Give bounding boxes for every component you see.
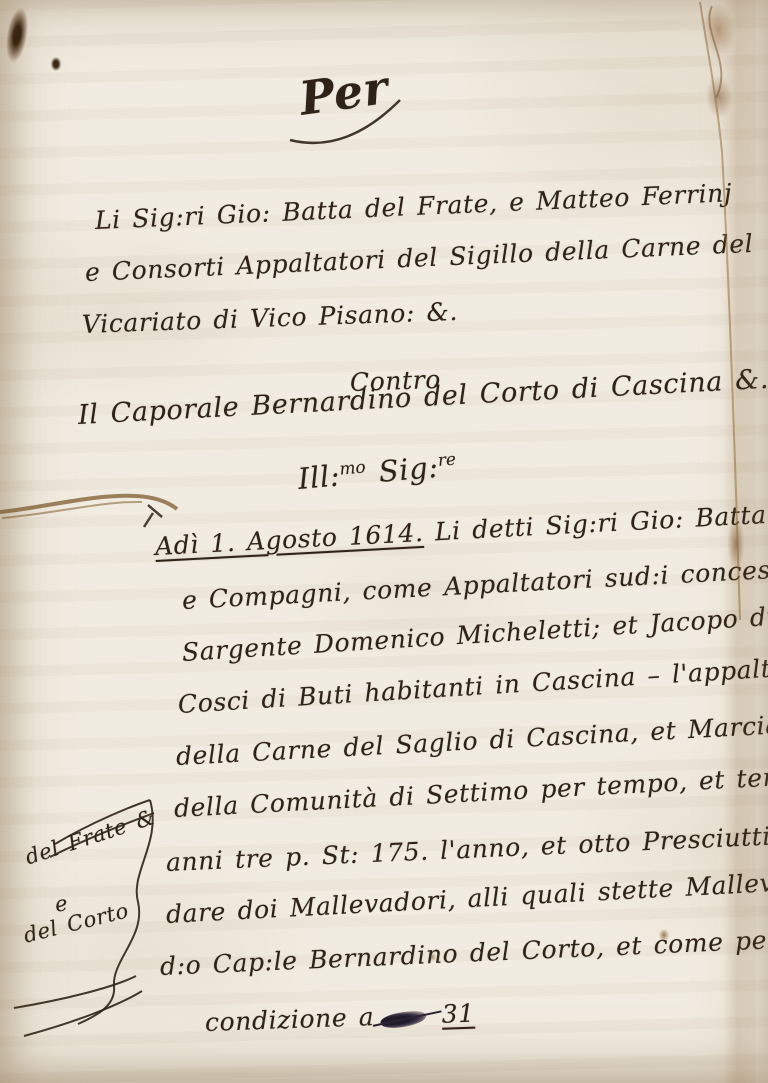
salutation-sup1: mo xyxy=(339,456,367,478)
body-line-9: d:o Cap:le Bernardino del Corto, et come… xyxy=(159,917,768,981)
salutation-part2: Sig: xyxy=(377,450,440,489)
body-line-2: e Compagni, come Appaltatori sud:i conce… xyxy=(181,547,768,615)
body-line-5: della Carne del Saglio di Cascina, et Ma… xyxy=(175,706,768,771)
ink-blot-strikethrough xyxy=(380,1009,427,1029)
page-number: 31 xyxy=(441,999,475,1029)
date-text: Adì 1. Agosto 1614. xyxy=(154,518,424,561)
footer-prefix: condizione a xyxy=(204,1002,374,1037)
paper-stain-top-right-fold xyxy=(681,2,749,156)
fiber-streak xyxy=(0,496,177,512)
salutation-sup2: re xyxy=(437,449,457,470)
margin-note-3: del Corto xyxy=(21,898,131,947)
manuscript-page: Per Li Sig:ri Gio: Batta del Frate, e Ma… xyxy=(0,0,768,1083)
plaintiff-line-2: e Consorti Appaltatori del Sigillo della… xyxy=(84,229,753,287)
body-line-7: anni tre p. St: 175. l'anno, et otto Pre… xyxy=(165,813,768,877)
body-line-1-rest: Li detti Sig:ri Gio: Batta del Frate xyxy=(423,493,768,547)
margin-flourish-bottom xyxy=(14,976,142,1036)
heading-word: Per xyxy=(296,60,391,126)
body-line-6: della Comunità di Settimo per tempo, et … xyxy=(173,757,768,823)
paper-stain-top-left-dot xyxy=(50,56,62,72)
paper-crease-right-edge xyxy=(722,0,756,1083)
margin-note-1: del Frate & xyxy=(22,805,158,870)
margin-tick-mark xyxy=(144,505,162,527)
plaintiff-line-3: Vicariato di Vico Pisano: &. xyxy=(81,297,458,339)
salutation-part1: Ill: xyxy=(297,458,342,496)
salutation: Ill:mo Sig:re xyxy=(297,448,458,496)
footer-line: condizione a 31 xyxy=(204,999,475,1037)
body-line-1: Adì 1. Agosto 1614. Li detti Sig:ri Gio:… xyxy=(154,493,768,561)
fiber-streak-2 xyxy=(2,502,142,518)
fold-tear-line xyxy=(709,6,721,98)
plaintiff-line-1: Li Sig:ri Gio: Batta del Frate, e Matteo… xyxy=(94,178,732,235)
paper-stain-top-left-blot xyxy=(0,1,34,70)
